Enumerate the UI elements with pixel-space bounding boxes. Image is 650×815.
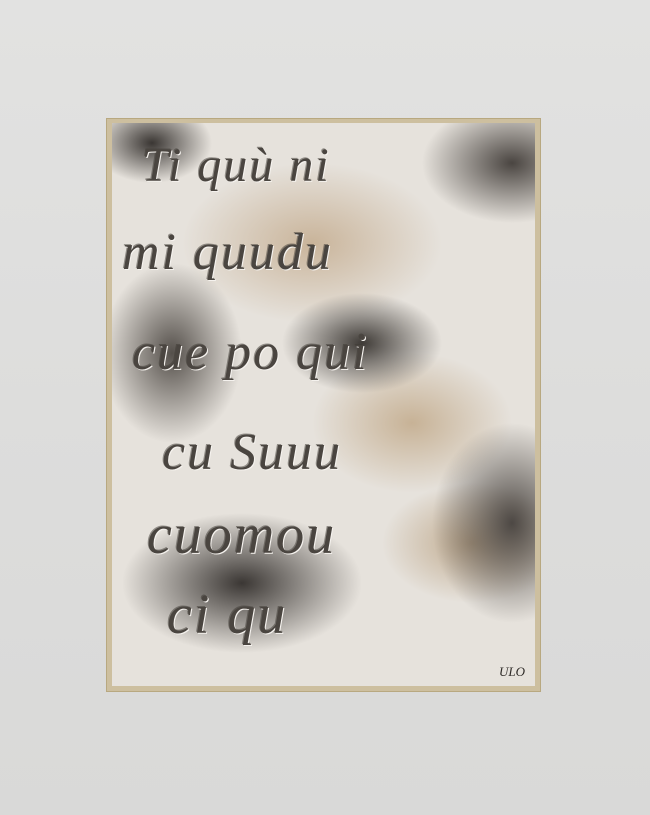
artwork: Ti quù ni mi quudu cue po qui cu Suuu cu… xyxy=(112,123,535,686)
script-line-1: Ti quù ni xyxy=(142,138,331,193)
script-line-3: cue po qui xyxy=(132,323,369,382)
script-line-2: mi quudu xyxy=(122,223,333,282)
script-line-6: ci qu xyxy=(167,583,287,647)
script-line-4: cu Suuu xyxy=(162,423,342,482)
artist-signature: ULO xyxy=(499,664,525,680)
script-line-5: cuomou xyxy=(147,503,336,567)
mat-board: Ti quù ni mi quudu cue po qui cu Suuu cu… xyxy=(0,0,650,815)
